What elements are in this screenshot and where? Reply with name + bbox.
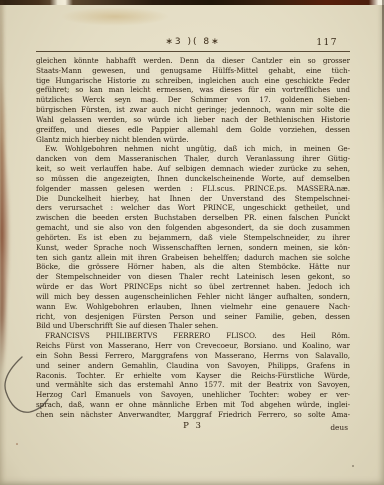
text-line: Bild und Uberschrifft Sie auf diesen Tha… [36, 321, 350, 331]
text-line: ders verursachet : welcher das Wort PRIN… [36, 203, 350, 213]
text-line: so müssen die angezeigten, Ihnen dunckel… [36, 174, 350, 184]
text-line: Wahl gelassen werden, so würde ich liebe… [36, 115, 350, 125]
text-line: Ew. Wohlgebohren nehmen nicht ungütig, d… [36, 144, 350, 154]
text-line: und vermählte sich das erstemahl Anno 15… [36, 380, 350, 390]
paper-speck [352, 465, 354, 467]
text-line: Herzog Carl Emanuels von Savoyen, unehli… [36, 390, 350, 400]
header-ornament: ∗3 )( 8∗ [36, 37, 350, 47]
text-line: würde er das Wort PRINCEps nicht so übel… [36, 282, 350, 292]
text-line: ten sich gantz allein mit ihren Grabeise… [36, 253, 350, 263]
body-text: gleichen könnte habhafft werden. Denn da… [36, 56, 350, 420]
text-line: Raconis. Tochter. Er erhielte vom Kayser… [36, 371, 350, 381]
scan-top-edge-shadow [0, 0, 384, 5]
catchword: deus [330, 423, 348, 432]
text-line: Staats-Mann gewesen, und genugsame Hülff… [36, 66, 350, 76]
text-line: und seiner andern Gemahlin, Claudina von… [36, 361, 350, 371]
text-line: chen sein nächster Anverwandter, Marggra… [36, 410, 350, 420]
gathering-signature: P 3 [36, 421, 350, 431]
text-line: gehörten. Es ist eben zu bejammern, daß … [36, 233, 350, 243]
text-line: richt, von desjenigen Fürsten Person und… [36, 312, 350, 322]
text-line: greiffen, und dieses edle Pappier allema… [36, 125, 350, 135]
left-edge-stain [0, 0, 18, 485]
text-line: Glantz mich hierbey nicht blenden würde. [36, 135, 350, 145]
text-line: folgender massen gelesen werden : FLI.sc… [36, 184, 350, 194]
text-line: geführet; so kan man leicht ermessen, wa… [36, 85, 350, 95]
text-line: sprach, daß, wann er ohne männliche Erbe… [36, 400, 350, 410]
paper-speck [16, 443, 18, 445]
text-line: gleichen könnte habhafft werden. Denn da… [36, 56, 350, 66]
text-line: ein Sohn Bessi Ferrero, Marggrafens von … [36, 351, 350, 361]
text-line: FRANCISVS PHILIBERTVS FERRERO FLISCO. de… [36, 331, 350, 341]
text-line: tige Hungarische Historie zu schreiben, … [36, 76, 350, 86]
book-page: ∗3 )( 8∗ 117 gleichen könnte habhafft we… [0, 0, 384, 485]
text-line: will mich bey dessen augenscheinlichen F… [36, 292, 350, 302]
page-footer: P 3 deus [36, 421, 350, 434]
text-line: Reichs Fürst von Masserano, Herr von Cre… [36, 341, 350, 351]
text-line: nützliches Werck seyn mag. Der Schimmer … [36, 95, 350, 105]
text-line: gemacht, und sie also von den folgenden … [36, 223, 350, 233]
text-line: keit, so weit verlauffen habe. Auf selbi… [36, 164, 350, 174]
text-line: Kunst, weder Sprache noch Wissenschaffte… [36, 243, 350, 253]
text-line: Böcke, die grössere Hörner haben, als di… [36, 262, 350, 272]
text-line: zwischen die beeden ersten Buchstaben de… [36, 213, 350, 223]
paper-speck [338, 212, 340, 214]
text-line: der Stempelschneider von diesen Thaler r… [36, 272, 350, 282]
text-line: bürgischen Fürsten, ist zwar auch nicht … [36, 105, 350, 115]
page-header: ∗3 )( 8∗ 117 [36, 37, 350, 52]
text-line: Die Dunckelheit hierbey, hat Ihnen der U… [36, 194, 350, 204]
page-number: 117 [316, 38, 338, 48]
paper-stain-blot [40, 4, 190, 32]
text-line: wann Ew. Wohlgebohren erlauben, Ihnen vi… [36, 302, 350, 312]
text-line: dancken von dem Masseranischen Thaler, d… [36, 154, 350, 164]
